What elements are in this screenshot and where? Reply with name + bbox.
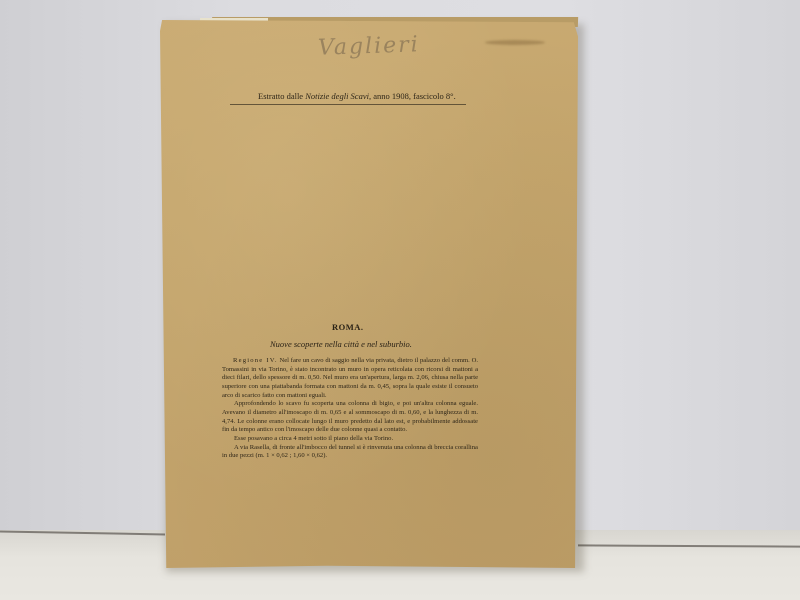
paragraph-text: A via Rasella, di fronte all'imbocco del… (222, 444, 478, 460)
paragraph: Approfondendo lo scavo fu scoperta una c… (222, 400, 478, 435)
header-rule (230, 104, 466, 105)
document-page (160, 20, 578, 568)
paper-stain (485, 40, 545, 45)
article-body: Regione IV. Nel fare un cavo di saggio n… (222, 357, 478, 461)
handwritten-note: Vaglieri (318, 32, 421, 61)
article-subtitle: Nuove scoperte nella città e nel suburbi… (270, 339, 412, 349)
paragraph-text: Esse posavano a circa 4 metri sotto il p… (234, 435, 393, 442)
offprint-header: Estratto dalle Notizie degli Scavi, anno… (258, 91, 456, 101)
header-journal: Notizie degli Scavi (305, 91, 369, 101)
paragraph: A via Rasella, di fronte all'imbocco del… (222, 444, 478, 461)
paragraph-lead: Regione IV. (233, 357, 278, 364)
paragraph: Esse posavano a circa 4 metri sotto il p… (222, 435, 478, 444)
header-prefix: Estratto dalle (258, 91, 305, 101)
paragraph-text: Approfondendo lo scavo fu scoperta una c… (222, 400, 478, 433)
paragraph: Regione IV. Nel fare un cavo di saggio n… (222, 357, 478, 400)
header-suffix: , anno 1908, fascicolo 8°. (369, 91, 456, 101)
article-title: ROMA. (332, 322, 364, 332)
